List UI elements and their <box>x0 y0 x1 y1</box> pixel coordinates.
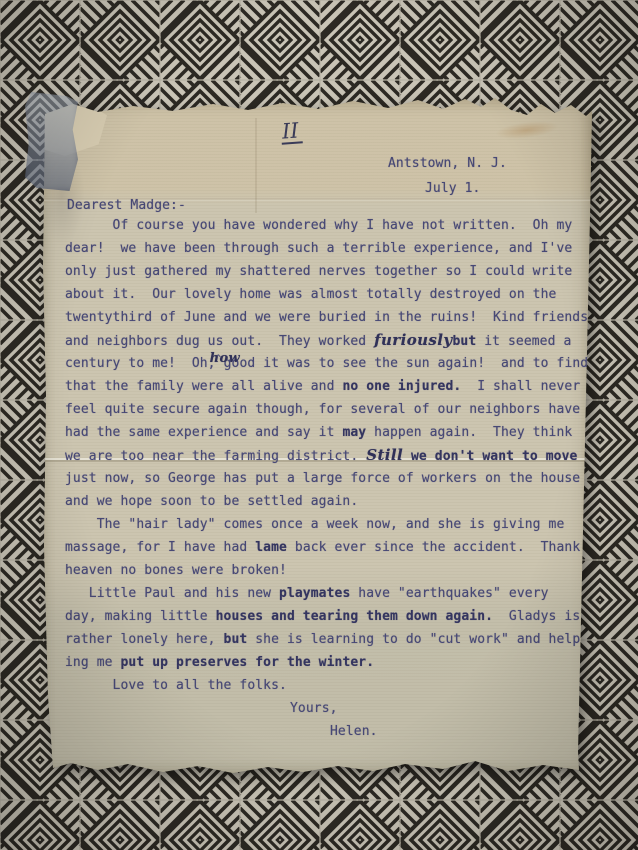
letter-line: rather lonely here, but she is learning … <box>65 628 588 651</box>
handwritten-word: Still <box>366 446 403 464</box>
date-line: July 1. <box>425 177 481 200</box>
line-text: ing me <box>65 655 121 670</box>
letter-line: ing me put up preserves for the winter. <box>65 651 374 674</box>
line-text: and we hope soon to be settled again. <box>65 494 358 509</box>
line-text: heaven no bones were broken! <box>65 563 287 578</box>
letter-line: massage, for I have had lame back ever s… <box>65 536 580 559</box>
line-text: century to me! Oh, <box>65 356 216 371</box>
line-text: good it was to see the sun again! and to… <box>224 356 589 371</box>
line-text: feel quite secure again though, for seve… <box>65 402 580 417</box>
line-text: I shall never <box>461 379 580 394</box>
line-text: Love to all the folks. <box>65 678 287 693</box>
signature: Helen. <box>330 720 378 743</box>
letter-line: century to me! Oh,^howgood it was to see… <box>65 352 588 375</box>
line-text: just now, so George has put a large forc… <box>65 471 580 486</box>
line-text: we are too near the farming district. <box>65 449 366 464</box>
letter-line: and neighbors dug us out. They worked fu… <box>65 329 571 353</box>
line-text: dear! we have been through such a terrib… <box>65 241 572 256</box>
line-text: massage, for I have had <box>65 540 255 555</box>
line-text: about it. Our lovely home was almost tot… <box>65 287 556 302</box>
stain-top-right <box>494 118 559 142</box>
emphasized-text: we don't want to move <box>403 449 577 464</box>
line-text: that the family were all alive and <box>65 379 342 394</box>
letter-line: that the family were all alive and no on… <box>65 375 580 398</box>
line-text: happen again. They think <box>366 425 572 440</box>
line-text: Of course you have wondered why I have n… <box>65 218 572 233</box>
inserted-word: how <box>210 352 241 365</box>
line-text: twentythird of June and we were buried i… <box>65 310 588 325</box>
letter-line: had the same experience and say it may h… <box>65 421 572 444</box>
letter-line: Little Paul and his new playmates have "… <box>65 582 549 605</box>
line-text: rather lonely here, <box>65 632 224 647</box>
paper-crease-vertical <box>255 118 257 213</box>
letter-line: feel quite secure again though, for seve… <box>65 398 580 421</box>
emphasized-text: houses and tearing them down again. <box>216 609 493 624</box>
letter-line: dear! we have been through such a terrib… <box>65 237 572 260</box>
letter-line: we are too near the farming district. St… <box>65 444 577 468</box>
line-text: she is learning to do "cut work" and hel… <box>247 632 588 647</box>
emphasized-text: put up preserves for the winter. <box>121 655 375 670</box>
place-line: Antstown, N. J. <box>388 152 507 175</box>
letter-line: just now, so George has put a large forc… <box>65 467 580 490</box>
letter-paper: II Antstown, N. J. July 1. Dearest Madge… <box>43 96 593 776</box>
emphasized-text: no one injured. <box>342 379 461 394</box>
emphasized-text: lame <box>255 540 287 555</box>
line-text: it seemed a <box>476 334 571 349</box>
page-number: II <box>280 119 302 144</box>
handwritten-word: furiously <box>374 331 452 349</box>
paper-sheet: II Antstown, N. J. July 1. Dearest Madge… <box>43 96 593 776</box>
closing: Yours, <box>290 697 338 720</box>
line-text: Gladys is <box>493 609 580 624</box>
line-text: had the same experience and say it <box>65 425 342 440</box>
line-text: only just gathered my shattered nerves t… <box>65 264 572 279</box>
line-text: The "hair lady" comes once a week now, a… <box>65 517 564 532</box>
line-text: and neighbors dug us out. They worked <box>65 334 374 349</box>
tape-fragment <box>25 92 78 191</box>
emphasized-text: playmates <box>279 586 350 601</box>
letter-line: day, making little houses and tearing th… <box>65 605 580 628</box>
letter-line: twentythird of June and we were buried i… <box>65 306 588 329</box>
emphasized-text: but <box>452 334 476 349</box>
letter-line: about it. Our lovely home was almost tot… <box>65 283 556 306</box>
letter-line: only just gathered my shattered nerves t… <box>65 260 572 283</box>
line-text: have "earthquakes" every <box>350 586 548 601</box>
letter-line: Of course you have wondered why I have n… <box>65 214 572 237</box>
emphasized-text: may <box>342 425 366 440</box>
photo-of-letter: II Antstown, N. J. July 1. Dearest Madge… <box>0 0 638 850</box>
line-text: day, making little <box>65 609 216 624</box>
letter-line: The "hair lady" comes once a week now, a… <box>65 513 564 536</box>
line-text: back ever since the accident. Thank <box>287 540 580 555</box>
line-text: Little Paul and his new <box>65 586 279 601</box>
letter-line: and we hope soon to be settled again. <box>65 490 358 513</box>
emphasized-text: but <box>224 632 248 647</box>
letter-line: heaven no bones were broken! <box>65 559 287 582</box>
letter-line: Love to all the folks. <box>65 674 287 697</box>
